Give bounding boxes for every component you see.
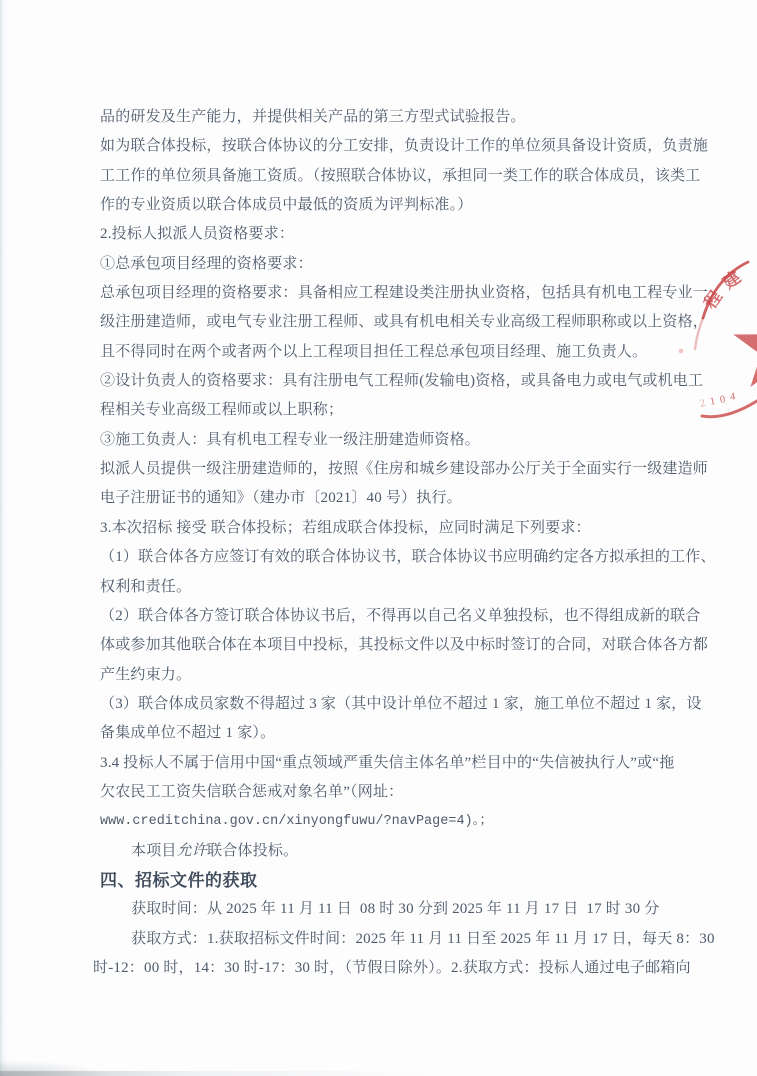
allow-line-pre: 本项目: [131, 843, 177, 859]
document-line: （1）联合体各方应签订有效的联合体协议书，联合体协议书应明确约定各方拟承担的工作…: [100, 543, 678, 572]
document-line: 3.本次招标 接受 联合体投标；若组成联合体投标，应同时满足下列要求：: [100, 514, 678, 543]
seal-digit: 4: [729, 391, 736, 403]
document-line: 作的专业资质以联合体成员中最低的资质为评判标准。）: [100, 191, 678, 220]
document-body: 品的研发及生产能力，并提供相关产品的第三方型式试验报告。 如为联合体投标，按联合…: [100, 103, 678, 983]
scanned-document-page: 品的研发及生产能力，并提供相关产品的第三方型式试验报告。 如为联合体投标，按联合…: [0, 0, 757, 1076]
document-line: （2）联合体各方签订联合体协议书后，不得再以自己名义单独投标，也不得组成新的联合: [100, 602, 678, 631]
document-line: ①总承包项目经理的资格要求：: [100, 250, 678, 279]
document-line: 备集成单位不超过 1 家）。: [100, 719, 678, 748]
document-line: 电子注册证书的通知》（建办市〔2021〕40 号）执行。: [100, 484, 678, 513]
seal-digit: 1: [709, 396, 716, 408]
document-line: ③施工负责人：具有机电工程专业一级注册建造师资格。: [100, 426, 678, 455]
document-line: （3）联合体成员家数不得超过 3 家（其中设计单位不超过 1 家，施工单位不超过…: [100, 690, 678, 719]
document-line: 拟派人员提供一级注册建造师的，按照《住房和城乡建设部办公厅关于全面实行一级建造师: [100, 455, 678, 484]
allow-line-post: 联合体投标。: [207, 843, 298, 859]
document-line: 产生约束力。: [100, 661, 678, 690]
document-line: 级注册建造师，或电气专业注册工程师、或具有机电相关专业高级工程师职称或以上资格，: [100, 308, 678, 337]
scan-edge-left: [0, 0, 7, 1076]
seal-digit: 0: [719, 394, 726, 406]
document-line: 品的研发及生产能力，并提供相关产品的第三方型式试验报告。: [100, 103, 678, 132]
document-line: 时-12：00 时，14：30 时-17：30 时，（节假日除外）。2.获取方式…: [93, 954, 678, 983]
document-line: 程相关专业高级工程师或以上职称；: [100, 396, 678, 425]
star-icon: [733, 302, 757, 387]
document-line: 3.4 投标人不属于信用中国“重点领域严重失信主体名单”栏目中的“失信被执行人”…: [100, 749, 678, 778]
section-heading: 四、招标文件的获取: [100, 866, 678, 895]
allow-joint-bid-line: 本项目允许联合体投标。: [100, 837, 678, 866]
seal-arc-char: 程: [700, 287, 726, 312]
document-line: 体或参加其他联合体在本项目中投标，其投标文件以及中标时签订的合同，对联合体各方都: [100, 631, 678, 660]
document-line: 权利和责任。: [100, 573, 678, 602]
obtain-time-line: 获取时间：从 2025 年 11 月 11 日 08 时 30 分到 2025 …: [100, 895, 678, 924]
scan-corner-smudge: [0, 1060, 110, 1076]
document-line: 工工作的单位须具备施工资质。（按照联合体协议，承担同一类工作的联合体成员，该类工: [100, 162, 678, 191]
allow-line-italic: 允许: [177, 843, 207, 859]
seal-ink-speck: [679, 349, 684, 354]
seal-digit: 2: [699, 398, 707, 410]
document-line: ②设计负责人的资格要求：具有注册电气工程师(发输电)资格，或具备电力或电气或机电…: [100, 367, 678, 396]
url-line: www.creditchina.gov.cn/xinyongfuwu/?navP…: [100, 807, 678, 836]
document-line: 2.投标人拟派人员资格要求：: [100, 220, 678, 249]
document-line: 总承包项目经理的资格要求：具备相应工程建设类注册执业资格，包括具有机电工程专业一: [100, 279, 678, 308]
document-line: 且不得同时在两个或者两个以上工程项目担任工程总承包项目经理、施工负责人。: [100, 338, 678, 367]
seal-ring-left-arc: [695, 318, 703, 349]
obtain-method-line: 获取方式：1.获取招标文件时间：2025 年 11 月 11 日至 2025 年…: [100, 925, 678, 954]
document-line: 如为联合体投标，按联合体协议的分工安排，负责设计工作的单位须具备设计资质，负责施: [100, 132, 678, 161]
red-seal-stamp: 程 建 2 1 0 4: [672, 248, 757, 433]
seal-arc-char: 建: [719, 267, 745, 293]
document-line: 欠农民工工资失信联合惩戒对象名单”（网址：: [100, 778, 678, 807]
